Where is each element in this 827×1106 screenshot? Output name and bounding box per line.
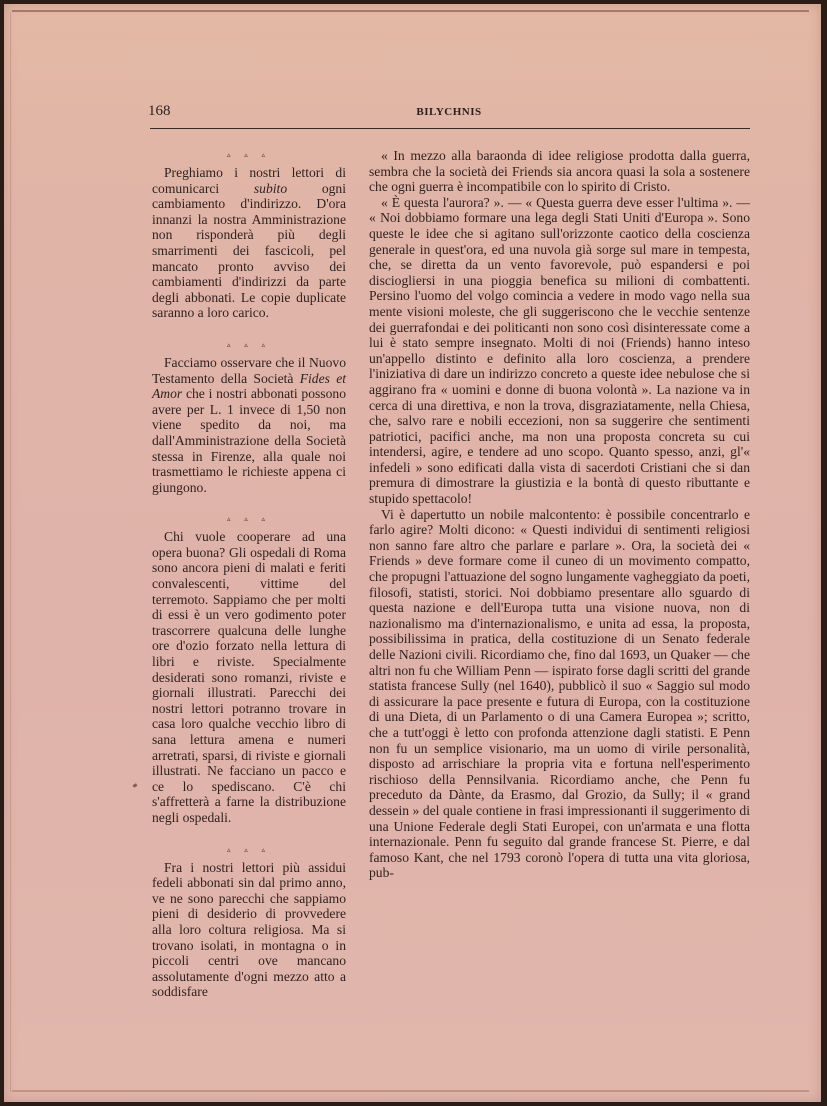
notice-hospitals: ▵ ▵ ▵ Chi vuole cooperare ad una opera b… xyxy=(152,512,346,825)
notice-new-testament: ▵ ▵ ▵ Facciamo osservare che il Nuovo Te… xyxy=(152,338,346,495)
triangle-separator-icon: ▵ ▵ ▵ xyxy=(152,338,346,352)
notice-text: Chi vuole cooperare ad una opera buona? … xyxy=(152,529,346,825)
notice-isolated-readers: ▵ ▵ ▵ Fra i nostri lettori più assidui f… xyxy=(152,843,346,1000)
page-header: 168 BILYCHNIS xyxy=(148,103,750,125)
notice-text: Fra i nostri lettori più assidui fedeli … xyxy=(152,860,346,1000)
notice-text: Facciamo osservare che il Nuovo Testamen… xyxy=(152,355,346,495)
notice-text-part: ogni cambiamento d'indirizzo. D'ora inna… xyxy=(152,181,346,321)
article-paragraph: « È questa l'aurora? ». — « Questa guerr… xyxy=(369,195,750,507)
notice-text-part: che i nostri abbonati possono avere per … xyxy=(152,386,346,495)
article-paragraph: « In mezzo alla baraonda di idee religio… xyxy=(369,148,750,195)
left-column-notices: ▵ ▵ ▵ Preghiamo i nostri lettori di comu… xyxy=(152,148,346,1017)
triangle-separator-icon: ▵ ▵ ▵ xyxy=(152,512,346,526)
right-column-article: « In mezzo alla baraonda di idee religio… xyxy=(369,148,750,881)
article-paragraph: Vi è dapertutto un nobile malcontento: è… xyxy=(369,507,750,881)
notice-text-italic: subito xyxy=(254,181,287,196)
page-edge-left xyxy=(10,12,11,1092)
running-title: BILYCHNIS xyxy=(148,106,750,118)
page-edge-bottom xyxy=(12,1090,809,1092)
page-edge-top xyxy=(12,10,809,12)
notice-text-part: Fra i nostri lettori più assidui fedeli … xyxy=(152,860,346,1000)
triangle-separator-icon: ▵ ▵ ▵ xyxy=(152,843,346,857)
header-rule xyxy=(150,128,750,129)
triangle-separator-icon: ▵ ▵ ▵ xyxy=(152,148,346,162)
notice-text: Preghiamo i nostri lettori di comunicarc… xyxy=(152,165,346,321)
notice-text-part: Chi vuole cooperare ad una opera buona? … xyxy=(152,529,346,825)
notice-address-change: ▵ ▵ ▵ Preghiamo i nostri lettori di comu… xyxy=(152,148,346,321)
